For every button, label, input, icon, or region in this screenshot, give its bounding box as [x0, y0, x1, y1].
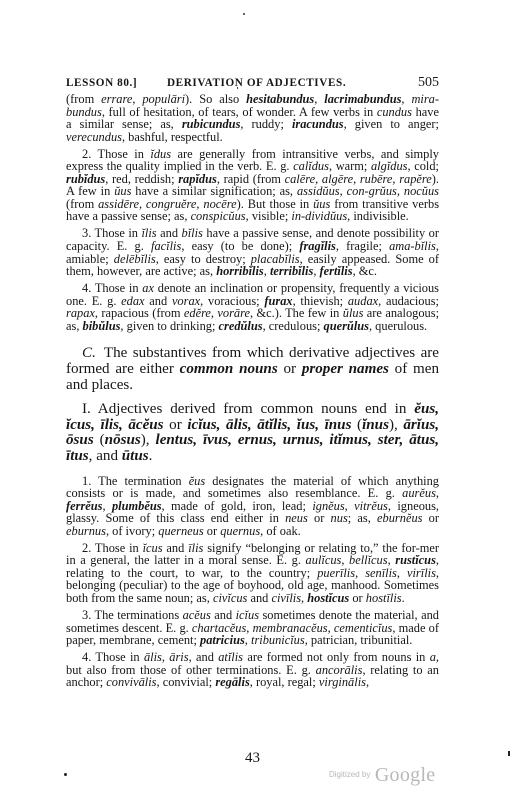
google-watermark: Digitized by Google	[329, 764, 436, 787]
watermark-prefix: Digitized by	[329, 770, 370, 779]
running-head: LESSON 80.] DERIVATION OF ADJECTIVES. 50…	[66, 77, 439, 93]
google-logo: Google	[375, 764, 436, 786]
paragraph-rule-2: 2. Those in ĭdus are generally from intr…	[66, 148, 439, 223]
paragraph-sub-4: 4. Those in ālis, āris, and atĭlis are f…	[66, 651, 439, 689]
page-number: 505	[418, 75, 439, 91]
paragraph-rule-3: 3. Those in ĭlis and bĭlis have a passiv…	[66, 227, 439, 277]
section-c-label: C.	[82, 345, 96, 361]
scan-dot	[64, 773, 67, 776]
paragraph-sub-1: 1. The termination ĕus designates the ma…	[66, 475, 439, 538]
scan-speck	[243, 13, 245, 15]
section-i: I. Adjectives derived from common nouns …	[66, 402, 439, 464]
section-c: C.The substantives from which derivative…	[66, 346, 439, 393]
running-head-lesson: LESSON 80.]	[66, 77, 137, 89]
running-head-title: DERIVATION OF ADJECTIVES.	[167, 77, 346, 89]
paragraph-continuation: (from errare, populāri). So also hesitab…	[66, 93, 439, 143]
paragraph-rule-4: 4. Those in ax denote an inclination or …	[66, 282, 439, 332]
body-text: (from errare, populāri). So also hesitab…	[66, 93, 439, 689]
section-c-text: The substantives from which derivative a…	[66, 345, 439, 392]
scan-mark	[508, 751, 510, 756]
paragraph-sub-3: 3. The terminations acĕus and icĭus some…	[66, 609, 439, 647]
paragraph-sub-2: 2. Those in ĭcus and īlis signify “belon…	[66, 542, 439, 605]
